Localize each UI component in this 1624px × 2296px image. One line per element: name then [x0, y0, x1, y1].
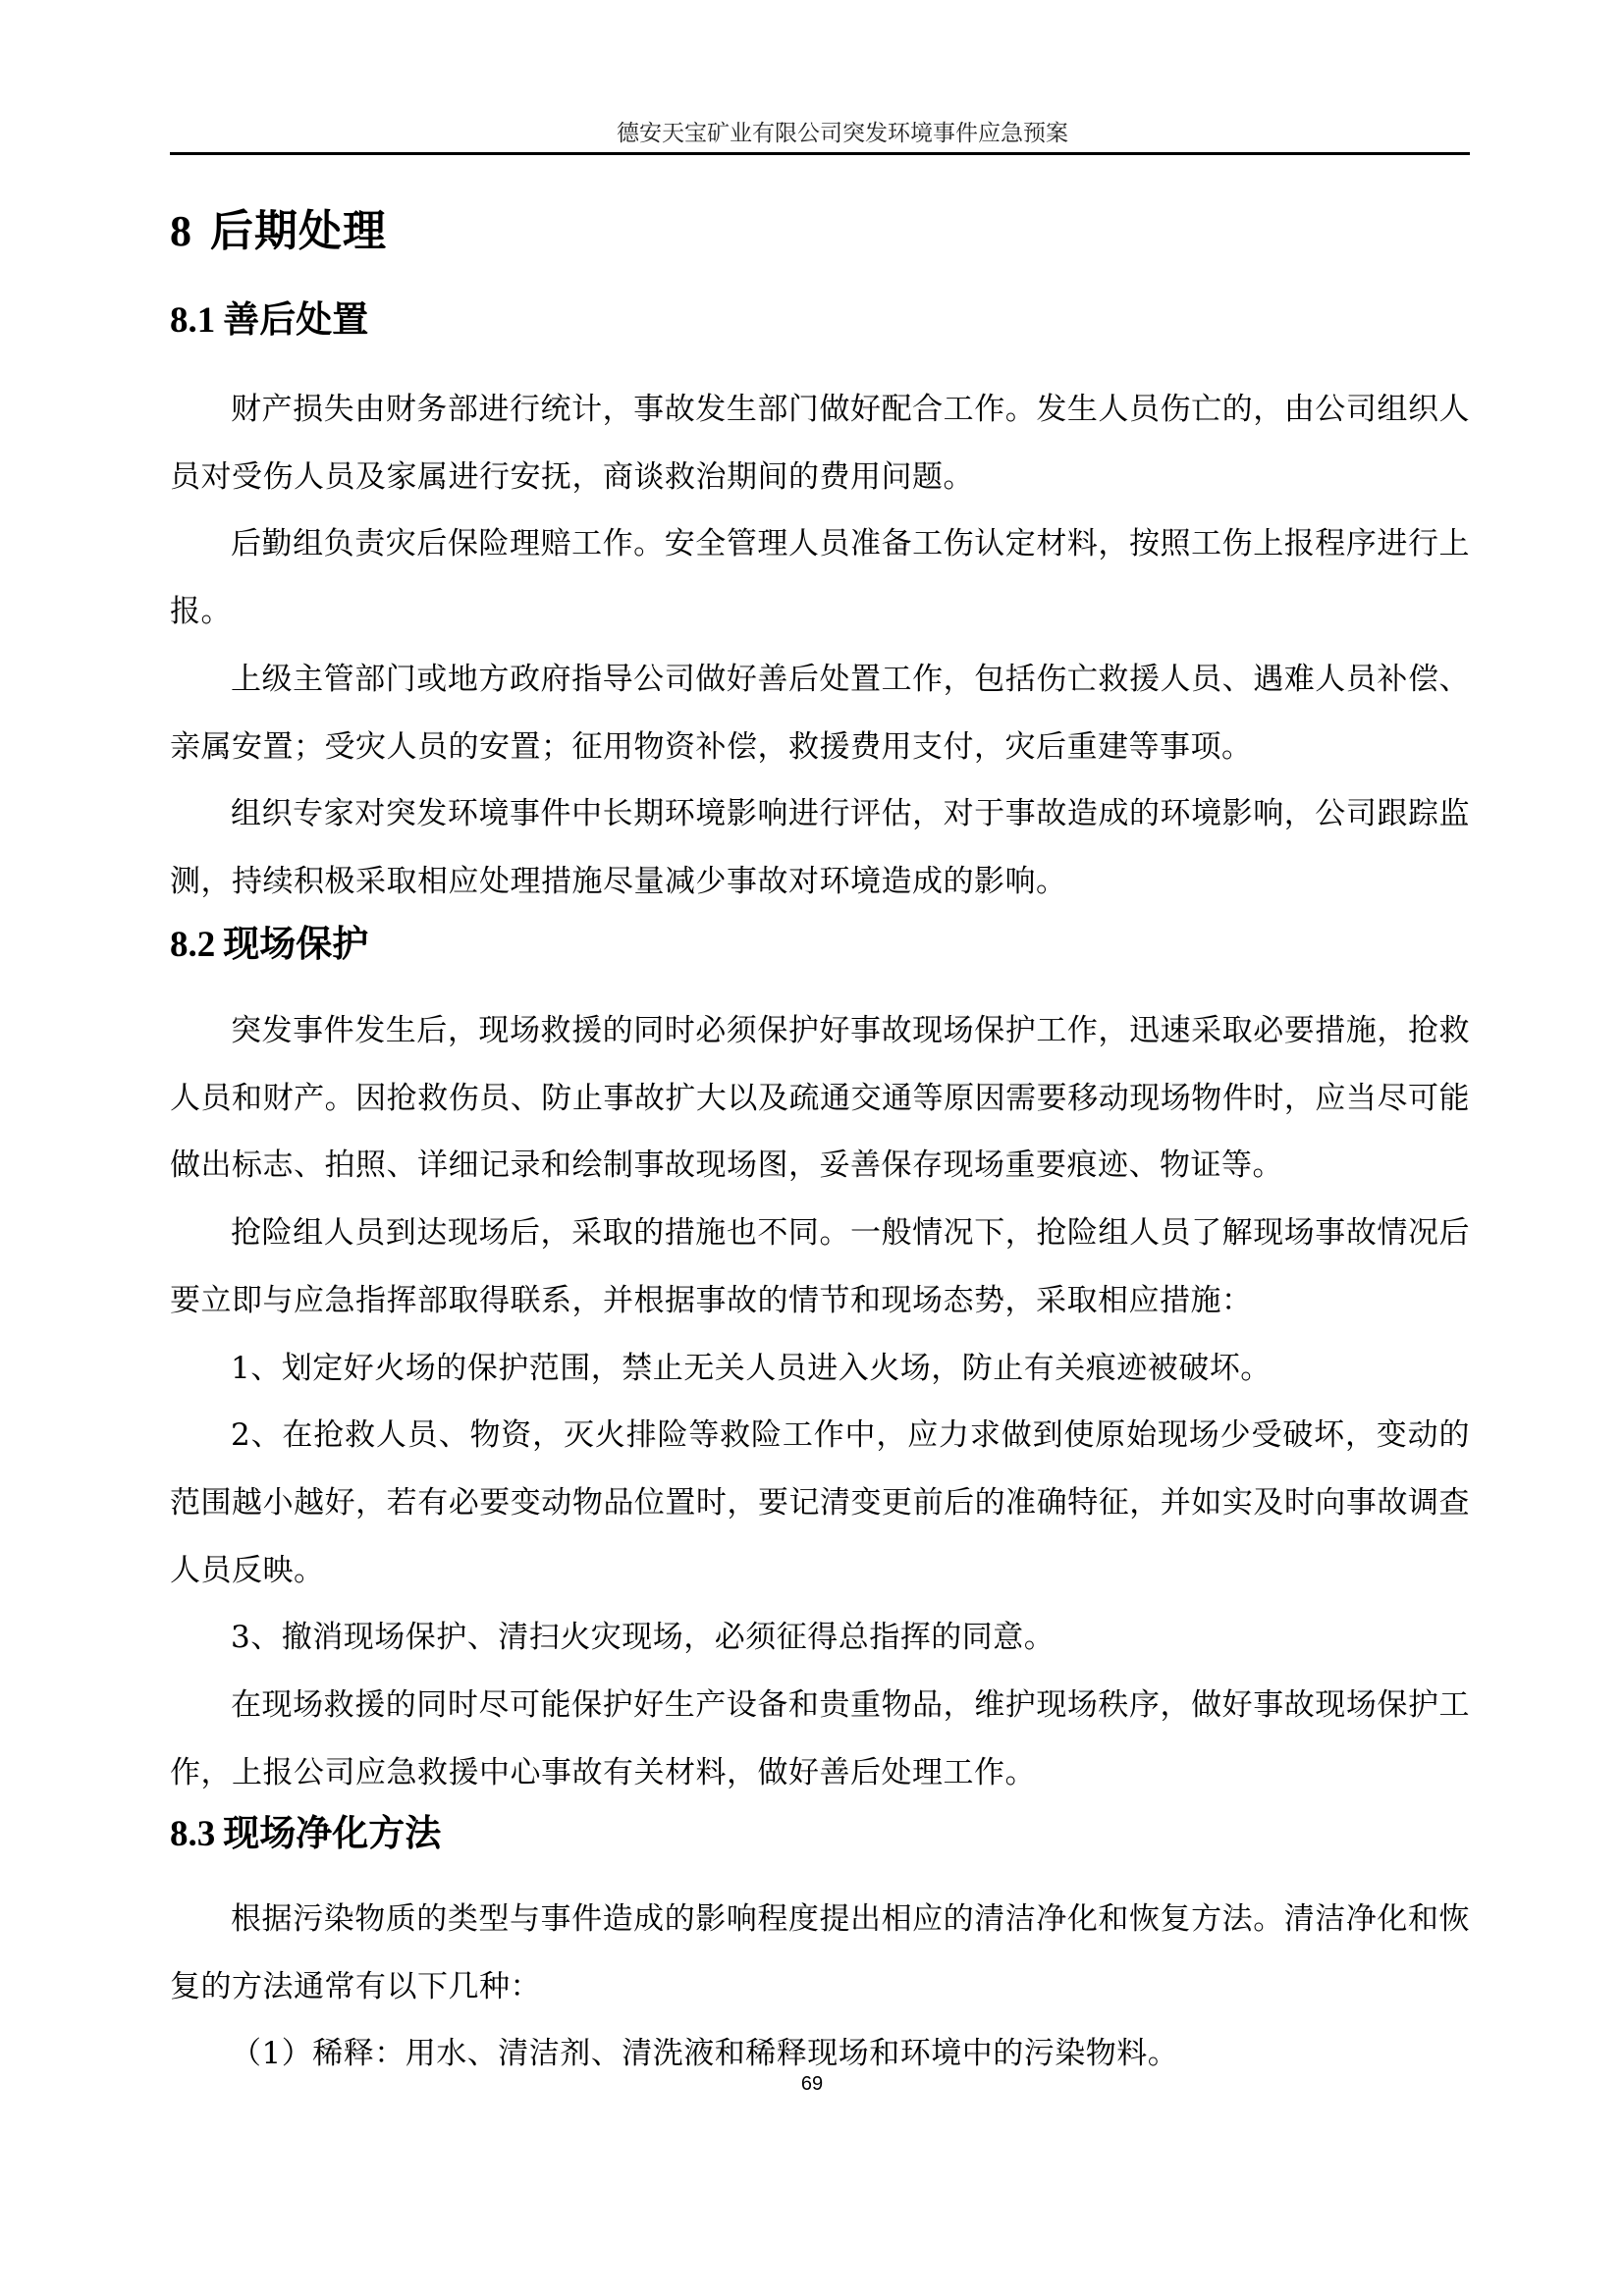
paragraph: 后勤组负责灾后保险理赔工作。安全管理人员准备工伤认定材料，按照工伤上报程序进行上…: [170, 510, 1470, 645]
paragraph: 突发事件发生后，现场救援的同时必须保护好事故现场保护工作，迅速采取必要措施，抢救…: [170, 997, 1470, 1200]
section-heading-8-2: 8.2现场保护: [170, 919, 368, 970]
chapter-heading: 8后期处理: [170, 202, 387, 261]
section-number: 8.1: [170, 300, 215, 341]
chapter-number: 8: [170, 207, 192, 255]
paragraph: 根据污染物质的类型与事件造成的影响程度提出相应的清洁净化和恢复方法。清洁净化和恢…: [170, 1886, 1470, 2020]
paragraph: 在现场救援的同时尽可能保护好生产设备和贵重物品，维护现场秩序，做好事故现场保护工…: [170, 1672, 1470, 1806]
section-title: 现场保护: [223, 922, 368, 965]
section-body-8-1: 财产损失由财务部进行统计，事故发生部门做好配合工作。发生人员伤亡的，由公司组织人…: [170, 376, 1470, 916]
running-header: 德安天宝矿业有限公司突发环境事件应急预案: [170, 116, 1470, 151]
section-number: 8.3: [170, 1814, 215, 1854]
paragraph: 组织专家对突发环境事件中长期环境影响进行评估，对于事故造成的环境影响，公司跟踪监…: [170, 780, 1470, 915]
section-heading-8-1: 8.1善后处置: [170, 294, 368, 346]
section-title: 善后处置: [223, 297, 368, 341]
section-body-8-3: 根据污染物质的类型与事件造成的影响程度提出相应的清洁净化和恢复方法。清洁净化和恢…: [170, 1886, 1470, 2088]
section-heading-8-3: 8.3现场净化方法: [170, 1808, 441, 1859]
paragraph: 财产损失由财务部进行统计，事故发生部门做好配合工作。发生人员伤亡的，由公司组织人…: [170, 376, 1470, 510]
header-divider: [170, 152, 1470, 155]
section-title: 现场净化方法: [223, 1811, 441, 1854]
list-item: 2、在抢救人员、物资，灭火排险等救险工作中，应力求做到使原始现场少受破坏，变动的…: [170, 1402, 1470, 1604]
section-number: 8.2: [170, 925, 215, 965]
list-item: 1、划定好火场的保护范围，禁止无关人员进入火场，防止有关痕迹被破坏。: [170, 1335, 1470, 1403]
paragraph: 上级主管部门或地方政府指导公司做好善后处置工作，包括伤亡救援人员、遇难人员补偿、…: [170, 646, 1470, 780]
chapter-title: 后期处理: [210, 206, 387, 256]
list-item: 3、撤消现场保护、清扫火灾现场，必须征得总指挥的同意。: [170, 1604, 1470, 1672]
section-body-8-2: 突发事件发生后，现场救援的同时必须保护好事故现场保护工作，迅速采取必要措施，抢救…: [170, 997, 1470, 1806]
paragraph: 抢险组人员到达现场后，采取的措施也不同。一般情况下，抢险组人员了解现场事故情况后…: [170, 1200, 1470, 1334]
page-number: 69: [0, 2073, 1624, 2096]
